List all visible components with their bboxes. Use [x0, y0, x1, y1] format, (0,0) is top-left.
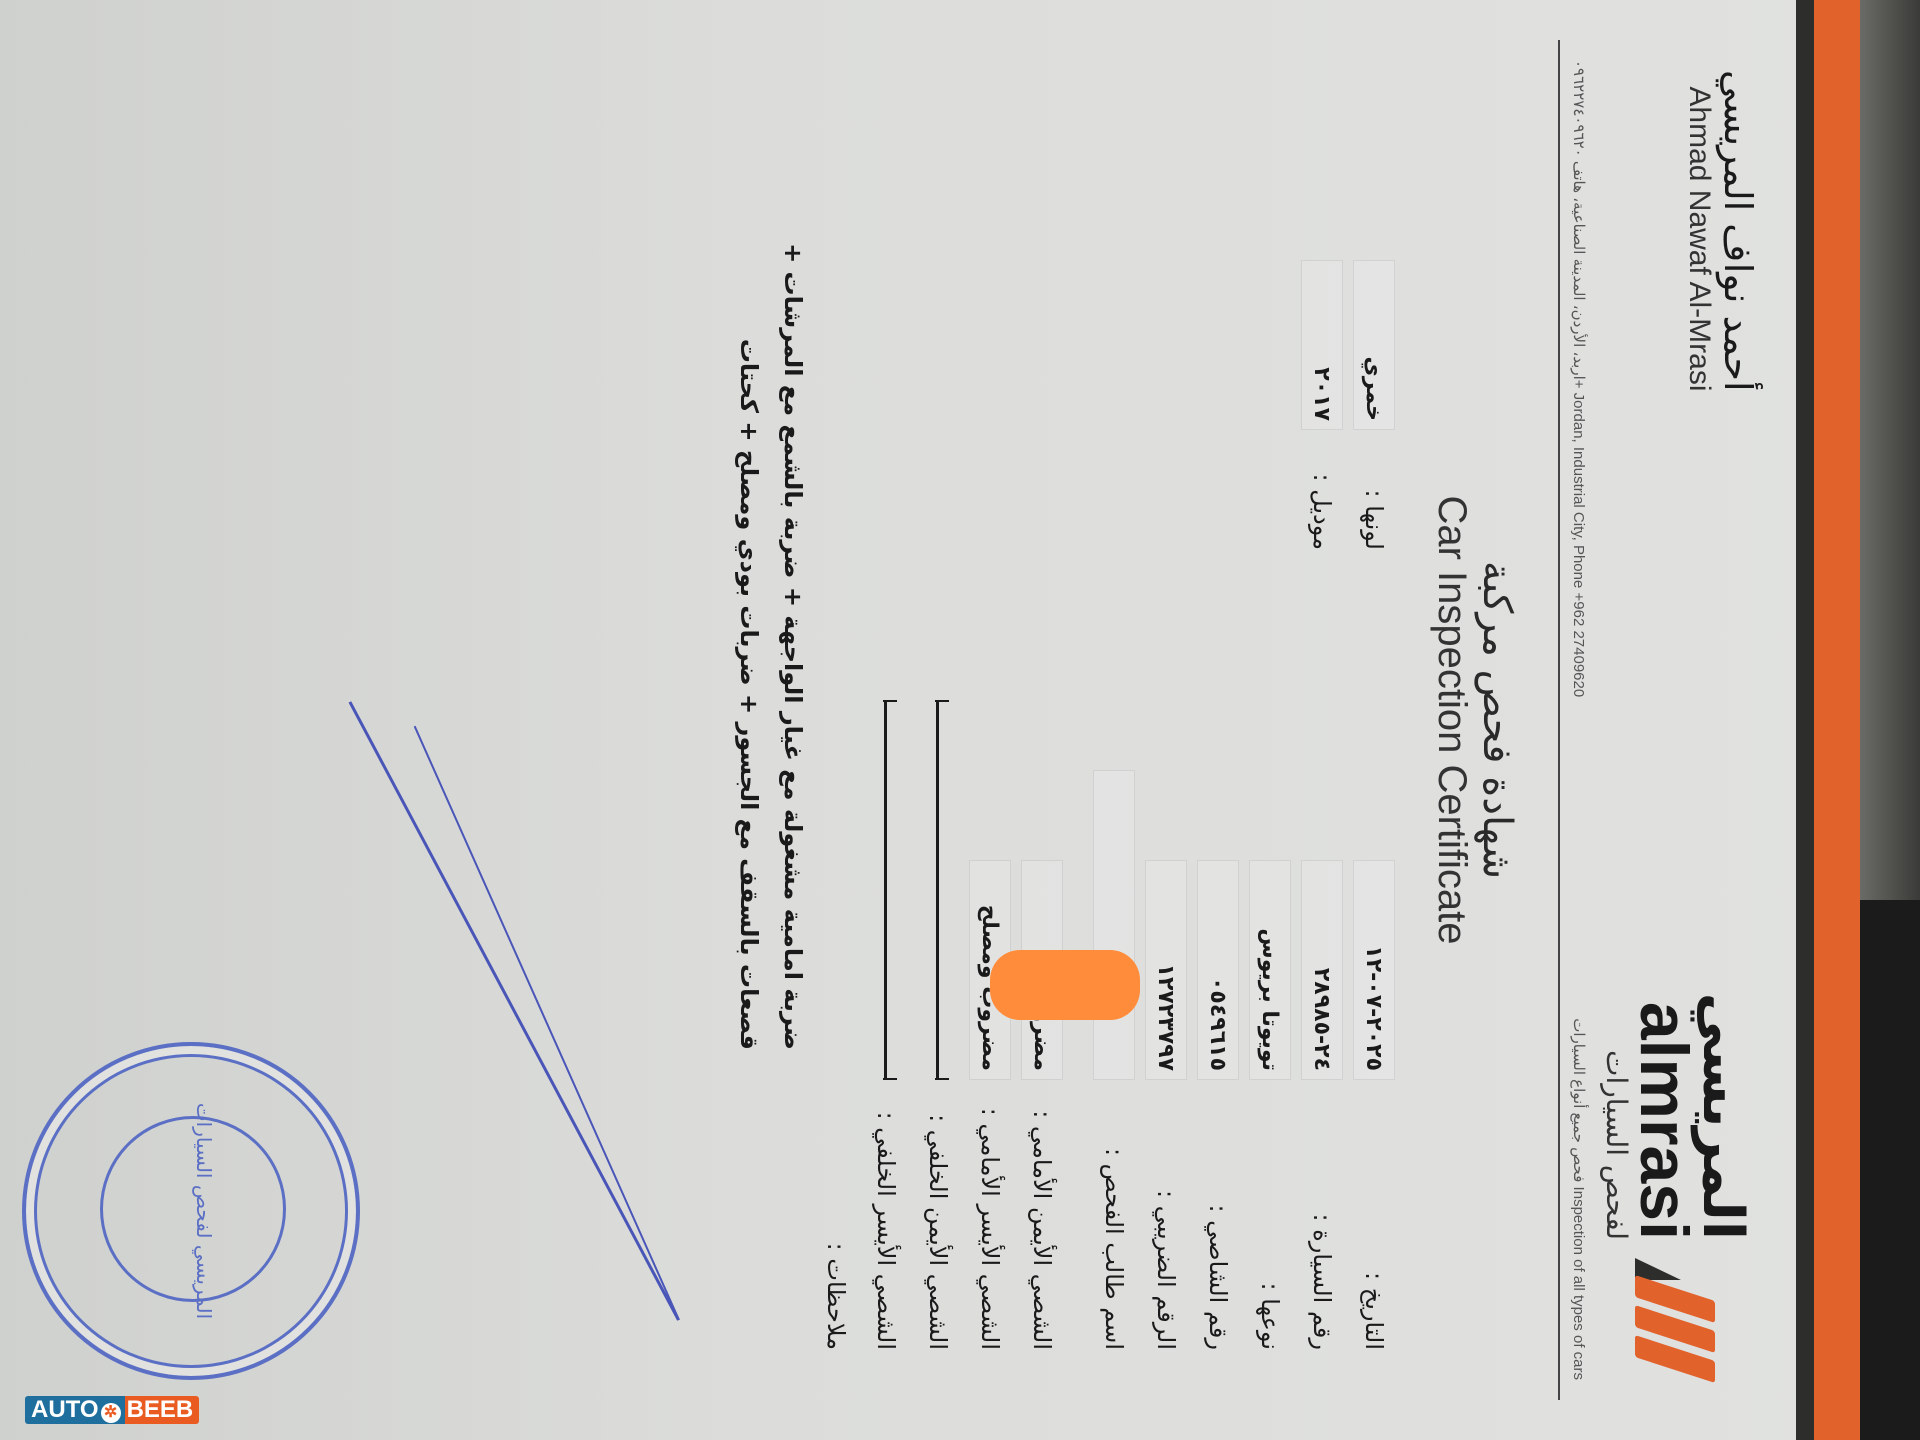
- field-value: ٢٠٢٥-٠٧-١٢: [1353, 860, 1395, 1080]
- field-label: رقم الشاصي :: [1204, 1080, 1232, 1350]
- header-dark-band: [1796, 0, 1814, 1440]
- watermark-beeb: BEEB: [125, 1396, 200, 1424]
- field-value: ٢٠١٧: [1301, 260, 1343, 430]
- inspection-certificate: المريسي almrasi لفحص السيارات أحمد نواف …: [0, 0, 1860, 1440]
- color-model-fields: لونها : خمري موديل : ٢٠١٧: [1296, 170, 1400, 550]
- chassis-row: الشصي الأيمن الخلفي :: [912, 50, 964, 1350]
- struck-through-line: [866, 660, 906, 1080]
- chassis-label: الشصي الأيمن الأمامي :: [1028, 1080, 1056, 1350]
- title-english: Car Inspection Certificate: [1429, 0, 1474, 1440]
- owner-name-english: Ahmad Nawaf Al-Mrasi: [1682, 70, 1716, 392]
- header-orange-band: [1814, 0, 1860, 1440]
- field-label: رقم السيارة :: [1308, 1080, 1336, 1350]
- logo-stripes-icon: [1635, 1258, 1715, 1370]
- stamp-text: المريسي لفحص السيارات: [192, 1046, 216, 1376]
- field-row: رقم الشاصي : ٠٥٤٩٦١٥: [1192, 50, 1244, 1350]
- chassis-row: الشصي الأيسر الأمامي : مضروب ومصلح: [964, 50, 1016, 1350]
- field-label: اسم طالب الفحص :: [1100, 1080, 1128, 1350]
- watermark-auto: AUTO✲: [25, 1396, 125, 1424]
- autobeeb-watermark: AUTO✲ BEEB: [25, 1396, 199, 1424]
- struck-through-line: [918, 660, 958, 1080]
- field-value: ١٢٧٢٣٧٩٧: [1145, 860, 1187, 1080]
- notes-label: ملاحظات :: [822, 1243, 850, 1350]
- field-value: ٠٥٤٩٦١٥: [1197, 860, 1239, 1080]
- chassis-label: الشصي الأيسر الخلفي :: [872, 1080, 900, 1350]
- field-label: نوعها :: [1256, 1080, 1284, 1350]
- field-label: لونها :: [1360, 430, 1388, 550]
- chassis-row: الشصي الأيمن الأمامي : مضروب: [1016, 50, 1068, 1350]
- signature-stroke: [349, 701, 680, 1320]
- address-phone: اربد، الأردن، المدينة الصناعية، هاتف ٠٩٦…: [1570, 60, 1588, 697]
- field-value: [1093, 770, 1135, 1080]
- chassis-label: الشصي الأيمن الخلفي :: [924, 1080, 952, 1350]
- field-value: خمري: [1353, 260, 1395, 430]
- brand-arabic: المريسي: [1694, 993, 1750, 1240]
- letterhead: المريسي almrasi لفحص السيارات أحمد نواف …: [1580, 0, 1780, 1440]
- field-row: الرقم الضريبي : ١٢٧٢٣٧٩٧: [1140, 50, 1192, 1350]
- field-value: ٢٤-٢٨٩٨٥: [1301, 860, 1343, 1080]
- wheel-icon: ✲: [101, 1403, 121, 1423]
- certificate-title: شهادة فحص مركبة Car Inspection Certifica…: [1429, 0, 1520, 1440]
- field-label: الرقم الضريبي :: [1152, 1080, 1180, 1350]
- field-row: نوعها : تويوتا بريوس: [1244, 50, 1296, 1350]
- field-row: موديل : ٢٠١٧: [1296, 170, 1348, 550]
- brand-subtitle: لفحص السيارات: [1600, 1050, 1633, 1240]
- table-surface-shadow: [1860, 900, 1920, 1440]
- company-logo: المريسي almrasi لفحص السيارات: [1600, 993, 1750, 1370]
- title-arabic: شهادة فحص مركبة: [1474, 0, 1520, 1440]
- field-row: اسم طالب الفحص :: [1088, 50, 1140, 1350]
- owner-block: أحمد نواف المريسي Ahmad Nawaf Al-Mrasi: [1682, 70, 1760, 392]
- field-label: التاريخ :: [1360, 1080, 1388, 1350]
- redaction-mark: [990, 950, 1140, 1020]
- header-divider: [1558, 40, 1560, 1400]
- chassis-row: الشصي الأيسر الخلفي :: [860, 50, 912, 1350]
- official-stamp: المريسي لفحص السيارات: [22, 1042, 360, 1380]
- brand-english: almrasi: [1633, 1002, 1694, 1240]
- chassis-label: الشصي الأيسر الأمامي :: [976, 1080, 1004, 1350]
- field-label: موديل :: [1308, 430, 1336, 550]
- tagline: فحص جميع أنواع السيارات Inspection of al…: [1570, 1018, 1588, 1380]
- signature-stroke: [414, 726, 680, 1321]
- owner-name-arabic: أحمد نواف المريسي: [1716, 70, 1760, 392]
- notes-text: ضربة امامية مشغولة مع غيار الواجهة + ضرب…: [727, 150, 815, 1050]
- field-row: لونها : خمري: [1348, 170, 1400, 550]
- field-value: تويوتا بريوس: [1249, 860, 1291, 1080]
